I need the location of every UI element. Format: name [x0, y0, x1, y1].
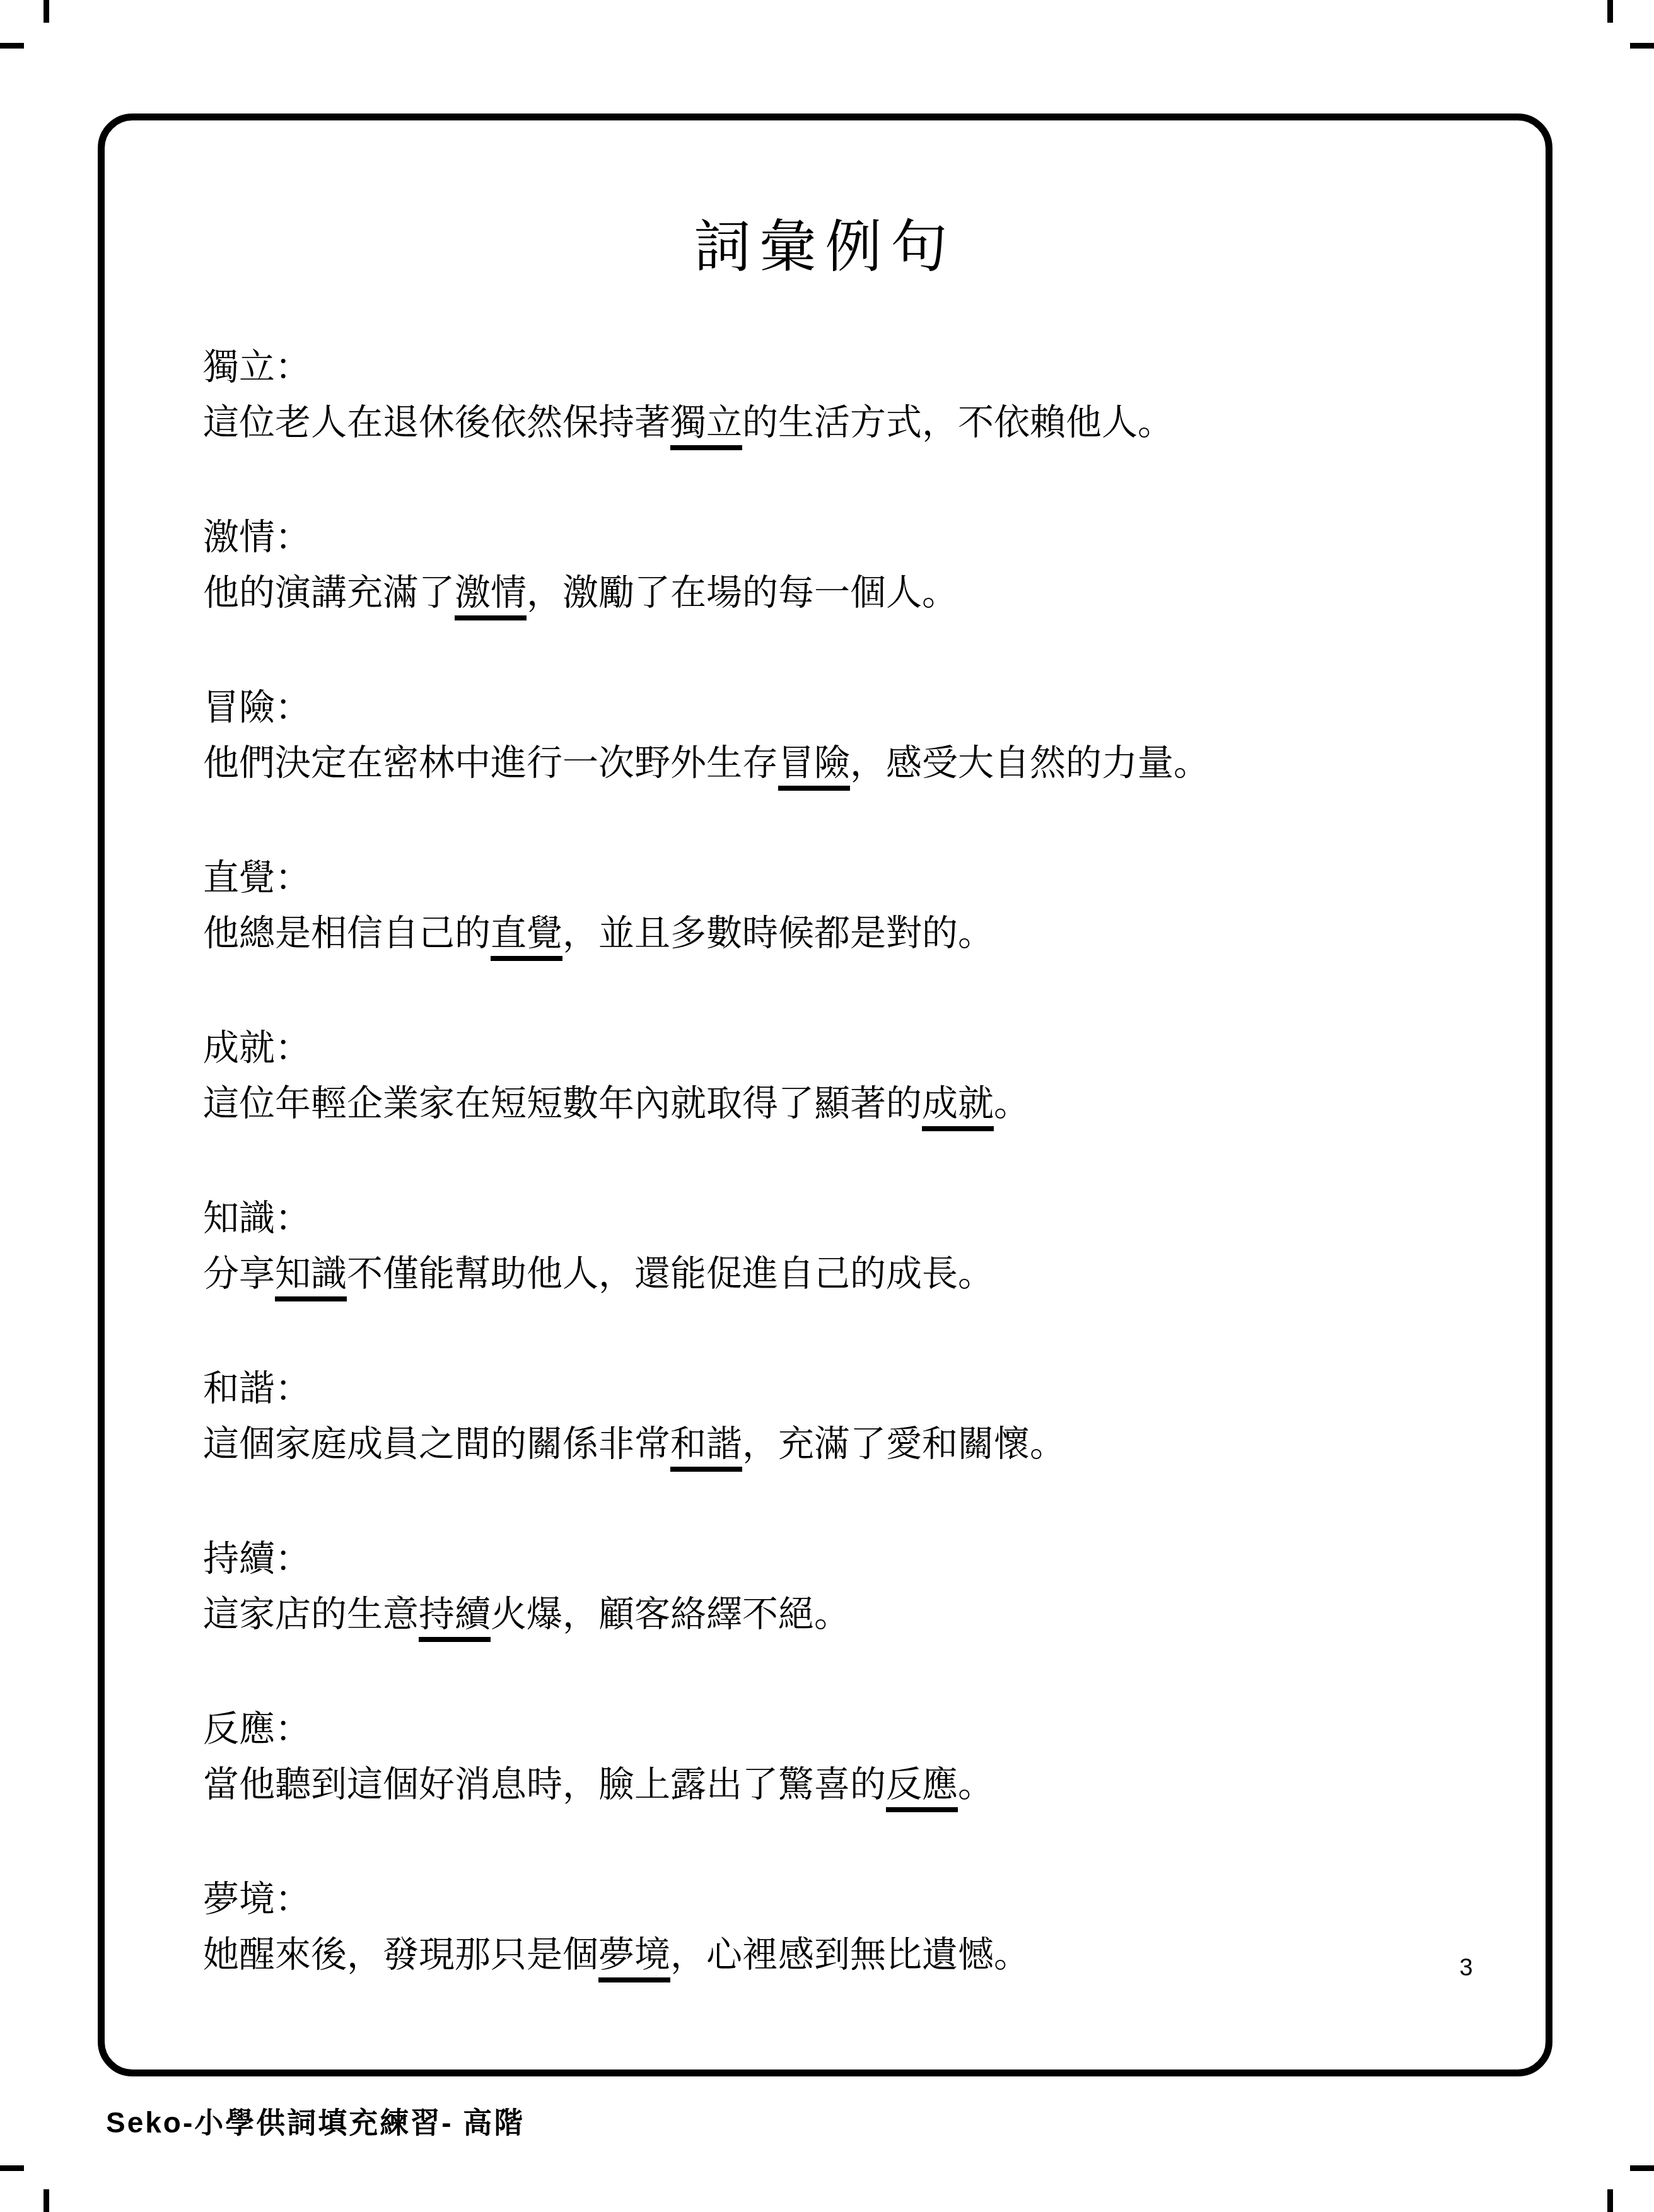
crop-mark-bottom-right-horizontal [1630, 2165, 1654, 2171]
underlined-word: 獨立 [670, 402, 742, 450]
example-sentence: 他們決定在密林中進行一次野外生存冒險，感受大自然的力量。 [203, 735, 1458, 791]
vocab-word-label: 和諧： [203, 1361, 1458, 1416]
vocab-entry: 直覺： 他總是相信自己的直覺，並且多數時候都是對的。 [203, 850, 1458, 961]
sentence-suffix: ，感受大自然的力量。 [850, 743, 1209, 783]
vocab-word-label: 激情： [203, 509, 1458, 565]
vocab-entry: 反應： 當他聽到這個好消息時，臉上露出了驚喜的反應。 [203, 1701, 1458, 1812]
page-number: 3 [1447, 1955, 1485, 1982]
crop-mark-bottom-left-horizontal [0, 2165, 24, 2171]
footer-series-label: Seko-小學供詞填充練習- 高階 [106, 2100, 525, 2141]
crop-mark-top-left-vertical [44, 0, 49, 23]
vocab-entry: 和諧： 這個家庭成員之間的關係非常和諧，充滿了愛和關懷。 [203, 1361, 1458, 1472]
crop-mark-top-right-horizontal [1630, 43, 1654, 49]
example-sentence: 她醒來後，發現那只是個夢境，心裡感到無比遺憾。 [203, 1927, 1458, 1982]
vocab-word-label: 知識： [203, 1190, 1458, 1246]
sentence-prefix: 分享 [203, 1254, 275, 1294]
sentence-suffix: ，並且多數時候都是對的。 [562, 913, 994, 953]
vocab-entry: 持續： 這家店的生意持續火爆，顧客絡繹不絕。 [203, 1531, 1458, 1642]
vocab-word-label: 直覺： [203, 850, 1458, 905]
vocab-word-label: 冒險： [203, 680, 1458, 735]
sentence-suffix: ，充滿了愛和關懷。 [742, 1424, 1066, 1464]
page-title: 詞彙例句 [98, 201, 1552, 282]
sentence-suffix: 。 [958, 1764, 994, 1805]
vocab-word-label: 夢境： [203, 1871, 1458, 1927]
example-sentence: 他總是相信自己的直覺，並且多數時候都是對的。 [203, 905, 1458, 961]
vocab-word-label: 成就： [203, 1020, 1458, 1076]
vocab-entry: 獨立： 這位老人在退休後依然保持著獨立的生活方式，不依賴他人。 [203, 339, 1458, 450]
underlined-word: 成就 [922, 1083, 994, 1131]
example-sentence: 這家店的生意持續火爆，顧客絡繹不絕。 [203, 1586, 1458, 1642]
sentence-prefix: 這位年輕企業家在短短數年內就取得了顯著的 [203, 1083, 922, 1124]
sentence-suffix: 的生活方式，不依賴他人。 [742, 402, 1174, 443]
sentence-prefix: 他的演講充滿了 [203, 573, 455, 613]
vocab-entry: 成就： 這位年輕企業家在短短數年內就取得了顯著的成就。 [203, 1020, 1458, 1131]
crop-mark-top-right-vertical [1607, 0, 1613, 23]
sentence-suffix: ，心裡感到無比遺憾。 [670, 1935, 1030, 1975]
vocab-entry: 冒險： 他們決定在密林中進行一次野外生存冒險，感受大自然的力量。 [203, 680, 1458, 791]
underlined-word: 反應 [886, 1764, 958, 1812]
underlined-word: 夢境 [598, 1935, 670, 1982]
sentence-prefix: 她醒來後，發現那只是個 [203, 1935, 598, 1975]
underlined-word: 直覺 [491, 913, 562, 961]
sentence-prefix: 他們決定在密林中進行一次野外生存 [203, 743, 778, 783]
vocab-entry-list: 獨立： 這位老人在退休後依然保持著獨立的生活方式，不依賴他人。 激情： 他的演講… [203, 339, 1458, 2042]
sentence-prefix: 這個家庭成員之間的關係非常 [203, 1424, 670, 1464]
sentence-suffix: ，激勵了在場的每一個人。 [527, 573, 958, 613]
vocab-word-label: 獨立： [203, 339, 1458, 395]
underlined-word: 持續 [419, 1594, 491, 1642]
example-sentence: 這位年輕企業家在短短數年內就取得了顯著的成就。 [203, 1076, 1458, 1131]
vocab-entry: 知識： 分享知識不僅能幫助他人，還能促進自己的成長。 [203, 1190, 1458, 1301]
crop-mark-bottom-left-vertical [44, 2189, 49, 2212]
sentence-suffix: 。 [994, 1083, 1030, 1124]
underlined-word: 和諧 [670, 1424, 742, 1472]
sentence-suffix: 不僅能幫助他人，還能促進自己的成長。 [347, 1254, 994, 1294]
sentence-prefix: 他總是相信自己的 [203, 913, 491, 953]
vocab-word-label: 持續： [203, 1531, 1458, 1586]
sentence-suffix: 火爆，顧客絡繹不絕。 [491, 1594, 850, 1634]
vocab-entry: 激情： 他的演講充滿了激情，激勵了在場的每一個人。 [203, 509, 1458, 620]
vocab-word-label: 反應： [203, 1701, 1458, 1757]
example-sentence: 分享知識不僅能幫助他人，還能促進自己的成長。 [203, 1246, 1458, 1301]
sentence-prefix: 這家店的生意 [203, 1594, 419, 1634]
crop-mark-bottom-right-vertical [1607, 2189, 1613, 2212]
vocab-entry: 夢境： 她醒來後，發現那只是個夢境，心裡感到無比遺憾。 [203, 1871, 1458, 1982]
example-sentence: 這個家庭成員之間的關係非常和諧，充滿了愛和關懷。 [203, 1416, 1458, 1472]
example-sentence: 這位老人在退休後依然保持著獨立的生活方式，不依賴他人。 [203, 395, 1458, 450]
underlined-word: 激情 [455, 573, 527, 620]
crop-mark-top-left-horizontal [0, 43, 24, 49]
sentence-prefix: 這位老人在退休後依然保持著 [203, 402, 670, 443]
example-sentence: 他的演講充滿了激情，激勵了在場的每一個人。 [203, 565, 1458, 620]
sentence-prefix: 當他聽到這個好消息時，臉上露出了驚喜的 [203, 1764, 886, 1805]
example-sentence: 當他聽到這個好消息時，臉上露出了驚喜的反應。 [203, 1757, 1458, 1812]
underlined-word: 冒險 [778, 743, 850, 791]
underlined-word: 知識 [275, 1254, 347, 1301]
